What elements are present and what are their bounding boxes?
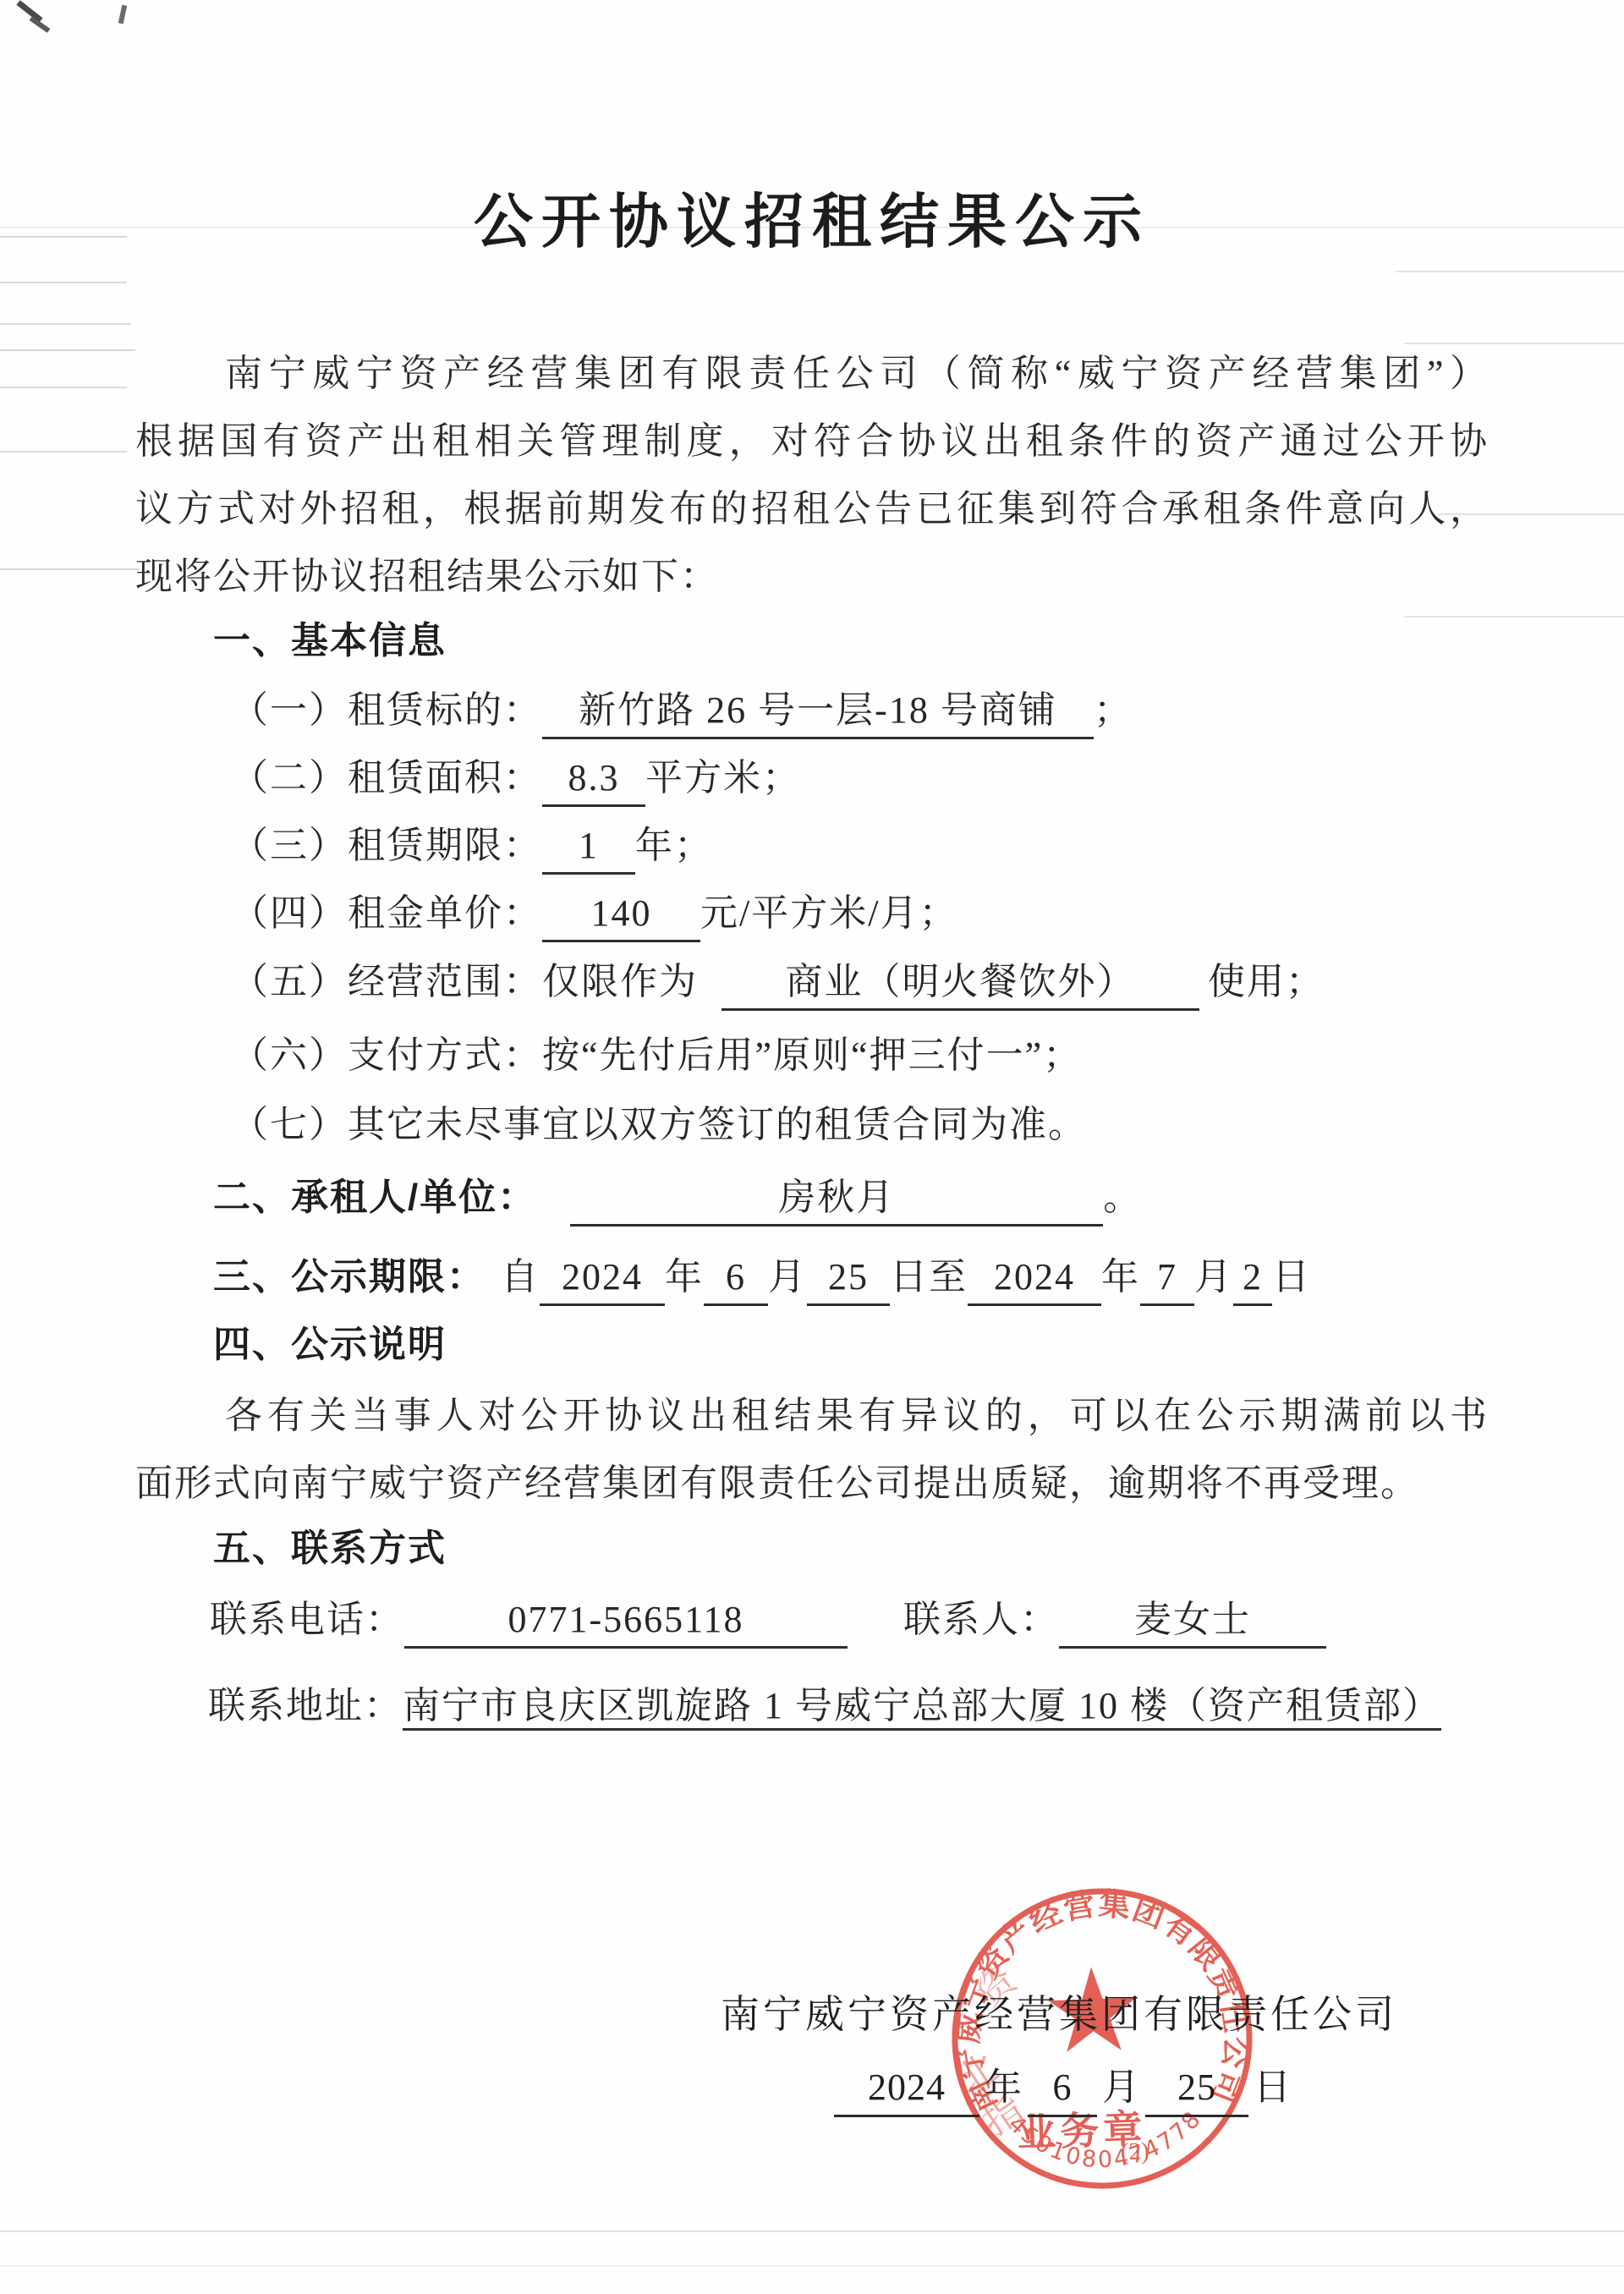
tenant-value: 房秋月: [570, 1173, 1103, 1227]
rent-price-label: （四）租金单价：: [231, 892, 542, 934]
intro-line: 议方式对外招租，根据前期发布的招租公告已征集到符合承租条件意向人，: [135, 475, 1489, 543]
address-value: 南宁市良庆区凯旋路 1 号威宁总部大厦 10 楼（资产租赁部）: [403, 1685, 1441, 1731]
period-to-month: 7: [1140, 1253, 1194, 1306]
person-label: 联系人：: [903, 1599, 1059, 1640]
period-to-day: 2: [1233, 1253, 1272, 1306]
period-year-unit2: 年: [1101, 1256, 1140, 1298]
scan-artifact: [30, 16, 51, 33]
scan-artifact: [0, 2231, 1624, 2232]
signature-year-unit: 年: [985, 2066, 1023, 2108]
business-scope-label: （五）经营范围：仅限作为: [231, 961, 698, 1002]
period-middle: 日至: [890, 1256, 968, 1298]
scan-artifact: [0, 349, 135, 351]
contact-heading: 五、联系方式: [213, 1515, 447, 1583]
tenant-row: 二、承租人/单位：房秋月。: [213, 1164, 1142, 1232]
scan-artifact: [0, 387, 127, 388]
lease-area-value: 8.3: [542, 754, 645, 807]
rent-price-suffix: 元/平方米/月；: [700, 892, 957, 934]
phone-label: 联系电话：: [210, 1599, 404, 1640]
lease-term-suffix: 年；: [635, 825, 713, 866]
period-prefix: 自: [501, 1256, 540, 1298]
address-label: 联系地址：: [208, 1685, 403, 1726]
scan-artifact: [1396, 271, 1624, 272]
business-scope-row: （五）经营范围：仅限作为商业（明火餐饮外）使用；: [231, 948, 1325, 1016]
scan-artifact: [118, 5, 127, 25]
business-scope-suffix: 使用；: [1208, 961, 1325, 1002]
scan-artifact: [0, 568, 140, 570]
lease-term-label: （三）租赁期限：: [231, 825, 542, 866]
lease-object-suffix: ；: [1094, 689, 1133, 731]
scan-artifact: [0, 323, 131, 325]
signature-day-unit: 日: [1254, 2066, 1292, 2108]
other-terms-row: （七）其它未尽事宜以双方签订的租赁合同为准。: [231, 1091, 1087, 1159]
period-from-day: 25: [807, 1253, 890, 1306]
tenant-suffix: 。: [1103, 1177, 1142, 1218]
page-title: 公开协议招租结果公示: [0, 183, 1624, 261]
publicity-note-line: 面形式向南宁威宁资产经营集团有限责任公司提出质疑，逾期将不再受理。: [135, 1450, 1489, 1517]
lease-area-label: （二）租赁面积：: [231, 757, 542, 799]
official-seal-stamp: 南宁威宁资产经营集团有限责任公司 业务章 (2) 4501080474778 资…: [935, 1872, 1268, 2204]
section-basic-info-heading: 一、基本信息: [213, 607, 447, 675]
signature-date: 2024年6月25日: [834, 2062, 1292, 2113]
lease-term-value: 1: [542, 821, 635, 875]
lease-area-row: （二）租赁面积：8.3平方米；: [231, 744, 801, 812]
lease-object-row: （一）租赁标的：新竹路 26 号一层-18 号商铺；: [231, 677, 1133, 744]
intro-paragraph: 南宁威宁资产经营集团有限责任公司（简称“威宁资产经营集团”） 根据国有资产出租相…: [135, 340, 1489, 611]
person-value: 麦女士: [1059, 1595, 1326, 1649]
business-scope-value: 商业（明火餐饮外）: [721, 958, 1199, 1011]
payment-method-row: （六）支付方式：按“先付后用”原则“押三付一”；: [231, 1022, 1082, 1089]
period-from-year: 2024: [540, 1253, 665, 1306]
period-suffix: 日: [1272, 1256, 1311, 1298]
period-year-unit: 年: [665, 1256, 704, 1298]
lease-object-label: （一）租赁标的：: [231, 689, 542, 731]
signature-year: 2024: [834, 2062, 979, 2117]
seal-graphic: 南宁威宁资产经营集团有限责任公司 业务章 (2) 4501080474778 资…: [935, 1872, 1268, 2204]
period-month-unit: 月: [768, 1256, 807, 1298]
signature-day: 25: [1145, 2062, 1248, 2117]
scanned-notice-page: 公开协议招租结果公示 南宁威宁资产经营集团有限责任公司（简称“威宁资产经营集团”…: [0, 0, 1624, 2294]
publicity-period-label: 三、公示期限：: [213, 1256, 486, 1298]
publicity-period-row: 三、公示期限：自2024年6月25日至2024年7月2日: [213, 1243, 1311, 1311]
rent-price-value: 140: [542, 889, 700, 942]
publicity-note-heading: 四、公示说明: [213, 1311, 447, 1379]
period-from-month: 6: [704, 1253, 768, 1306]
signature-company: 南宁威宁资产经营集团有限责任公司: [721, 1991, 1414, 2039]
scan-artifact: [0, 282, 127, 283]
scan-artifact: [0, 2265, 1624, 2267]
lease-object-value: 新竹路 26 号一层-18 号商铺: [542, 686, 1094, 739]
rent-price-row: （四）租金单价：140元/平方米/月；: [231, 880, 957, 947]
intro-line: 根据国有资产出租相关管理制度，对符合协议出租条件的资产通过公开协: [135, 408, 1489, 475]
scan-artifact: [0, 451, 127, 453]
intro-line: 现将公开协议招租结果公示如下：: [135, 543, 1489, 611]
intro-line: 南宁威宁资产经营集团有限责任公司（简称“威宁资产经营集团”）: [135, 340, 1489, 408]
contact-address-row: 联系地址：南宁市良庆区凯旋路 1 号威宁总部大厦 10 楼（资产租赁部）: [208, 1672, 1441, 1740]
scan-artifact: [16, 0, 42, 22]
scan-artifact: [1404, 616, 1624, 617]
publicity-note-paragraph: 各有关当事人对公开协议出租结果有异议的，可以在公示期满前以书 面形式向南宁威宁资…: [135, 1382, 1489, 1517]
period-month-unit2: 月: [1194, 1256, 1233, 1298]
period-to-year: 2024: [968, 1253, 1101, 1306]
phone-value: 0771-5665118: [404, 1595, 848, 1649]
signature-month: 6: [1028, 2062, 1097, 2117]
lease-area-suffix: 平方米；: [645, 757, 801, 799]
lease-term-row: （三）租赁期限：1年；: [231, 812, 713, 880]
publicity-note-line: 各有关当事人对公开协议出租结果有异议的，可以在公示期满前以书: [135, 1382, 1489, 1450]
signature-month-unit: 月: [1102, 2066, 1140, 2108]
contact-phone-row: 联系电话：0771-5665118联系人：麦女士: [210, 1586, 1326, 1654]
tenant-label: 二、承租人/单位：: [213, 1177, 536, 1218]
